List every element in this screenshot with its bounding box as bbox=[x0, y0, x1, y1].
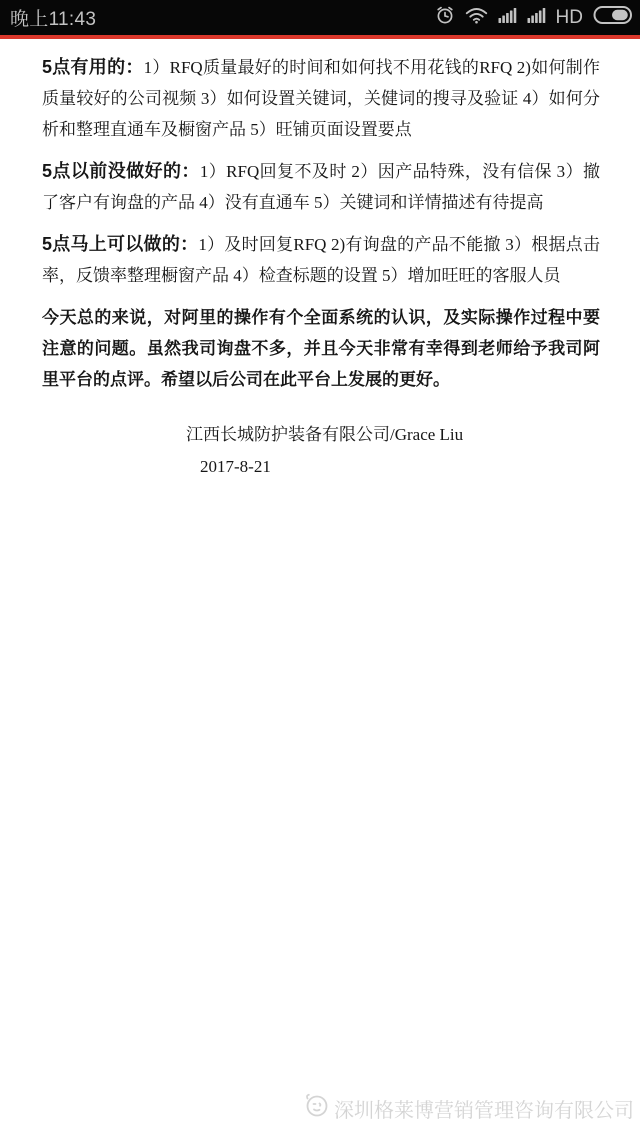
wifi-icon bbox=[465, 7, 488, 29]
status-icons: HD bbox=[435, 5, 633, 30]
paragraph-summary: 今天总的来说，对阿里的操作有个全面系统的认识，及实际操作过程中要注意的问题。虽然… bbox=[42, 302, 600, 395]
watermark-company-name: 深圳格莱博营销管理咨询有限公司 bbox=[334, 1094, 634, 1123]
watermark: 深圳格莱博营销管理咨询有限公司 bbox=[302, 1091, 634, 1125]
signal-bars-icon bbox=[498, 7, 517, 28]
paragraph-lead: 5点马上可以做的： bbox=[42, 234, 198, 254]
smiley-logo-icon bbox=[302, 1091, 330, 1125]
paragraph-do-immediately: 5点马上可以做的：1）及时回复RFQ 2)有询盘的产品不能撤 3）根据点击率，反… bbox=[42, 229, 600, 291]
signal-bars-icon bbox=[527, 7, 546, 28]
paragraph-lead: 5点有用的： bbox=[42, 57, 144, 77]
signature-line: 江西长城防护装备有限公司/Grace Liu bbox=[186, 419, 600, 450]
paragraph-lead: 5点以前没做好的： bbox=[42, 161, 200, 181]
paragraph-body: 今天总的来说，对阿里的操作有个全面系统的认识，及实际操作过程中要注意的问题。虽然… bbox=[42, 308, 600, 389]
document-page: 5点有用的：1）RFQ质量最好的时间和如何找不用花钱的RFQ 2)如何制作质量较… bbox=[0, 39, 640, 482]
paragraph-not-done-well: 5点以前没做好的：1）RFQ回复不及时 2）因产品特殊，没有信保 3）撤了客户有… bbox=[42, 156, 600, 218]
phone-screen: 晚上11:43 bbox=[0, 0, 640, 1138]
status-time: 晚上11:43 bbox=[10, 4, 96, 31]
alarm-clock-icon bbox=[435, 5, 455, 30]
hd-indicator: HD bbox=[556, 8, 583, 27]
status-bar: 晚上11:43 bbox=[0, 0, 640, 35]
battery-icon bbox=[593, 5, 633, 30]
date-line: 2017-8-21 bbox=[200, 451, 600, 482]
paragraph-useful-points: 5点有用的：1）RFQ质量最好的时间和如何找不用花钱的RFQ 2)如何制作质量较… bbox=[42, 52, 600, 145]
